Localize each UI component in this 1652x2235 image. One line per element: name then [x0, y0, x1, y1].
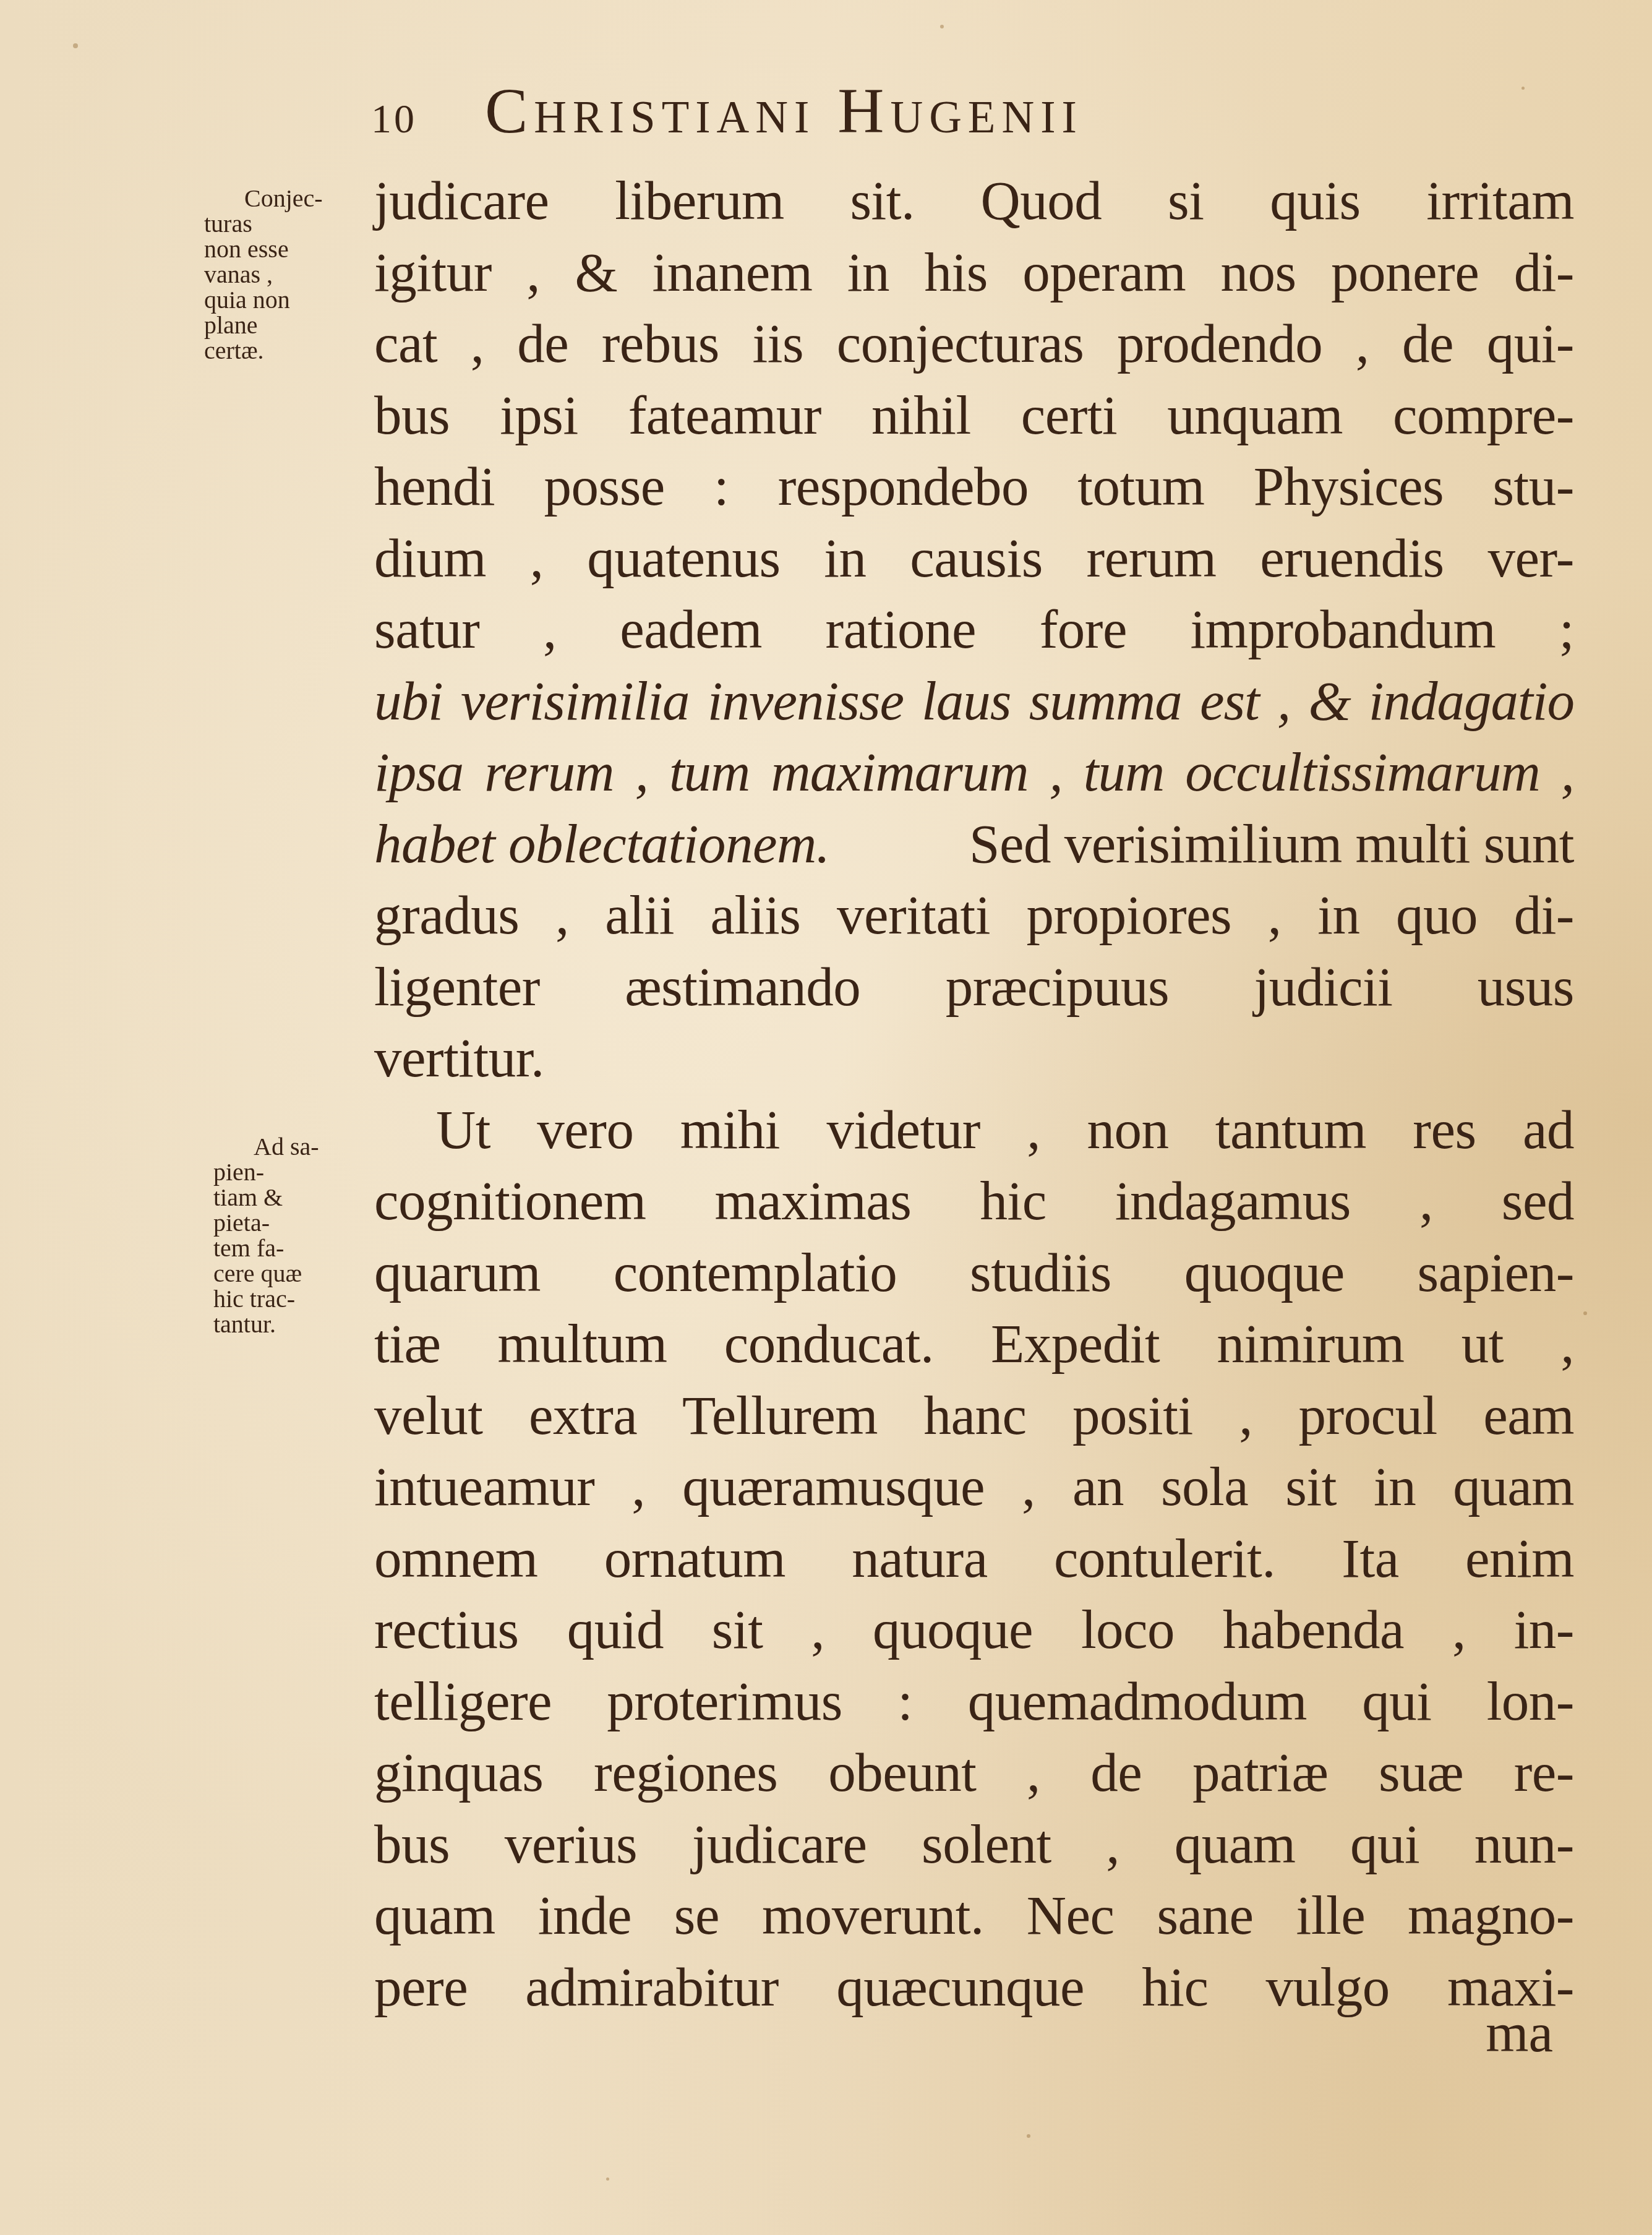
text-line: pere admirabitur quæcunque hic vulgo max…: [374, 1952, 1574, 2024]
catchword: ma: [1486, 1998, 1553, 2069]
italic-phrase: habet oblectationem.: [374, 809, 829, 881]
text-line: dium , quatenus in causis rerum eruendis…: [374, 523, 1574, 595]
paragraph-start-line: Ut vero mihi videtur , non tantum res ad: [374, 1095, 1574, 1167]
marginal-line: tiam &: [213, 1185, 319, 1210]
text-line: ginquas regiones obeunt , de patriæ suæ …: [374, 1738, 1574, 1809]
text-line: vertitur.: [374, 1023, 1574, 1095]
marginal-line: plane: [204, 312, 323, 338]
marginal-line: tantur.: [213, 1311, 319, 1337]
marginal-line: hic trac-: [213, 1286, 319, 1311]
page-number: 10: [371, 96, 417, 143]
main-text: judicare liberum sit. Quod si quis irrit…: [374, 166, 1574, 2023]
text-line: bus ipsi fateamur nihil certi unquam com…: [374, 380, 1574, 452]
marginal-line: quia non: [204, 287, 323, 312]
text-line: bus verius judicare solent , quam qui nu…: [374, 1809, 1574, 1881]
text-line-italic: ubi verisimilia invenisse laus summa est…: [374, 666, 1574, 738]
marginal-line: certæ.: [204, 338, 323, 363]
text-line: judicare liberum sit. Quod si quis irrit…: [374, 166, 1574, 238]
text-line: igitur , & inanem in his operam nos pone…: [374, 238, 1574, 309]
text-line: gradus , alii aliis veritati propiores ,…: [374, 880, 1574, 952]
header-title: Christiani Hugenii: [485, 74, 1083, 148]
marginal-line: tem fa-: [213, 1235, 319, 1261]
marginal-line: Conjec-: [204, 186, 323, 211]
text-line: quarum contemplatio studiis quoque sapie…: [374, 1238, 1574, 1310]
marginal-line: cere quæ: [213, 1261, 319, 1286]
text-line: ligenter æstimando præcipuus judicii usu…: [374, 952, 1574, 1024]
marginal-line: pieta-: [213, 1210, 319, 1235]
running-head: 10 Christiani Hugenii: [371, 74, 1083, 155]
text-line: rectius quid sit , quoque loco habenda ,…: [374, 1595, 1574, 1667]
marginal-line: vanas ,: [204, 262, 323, 287]
text-line: quam inde se moverunt. Nec sane ille mag…: [374, 1881, 1574, 1952]
marginal-note-sapientiam: Ad sa- pien- tiam & pieta- tem fa- cere …: [213, 1134, 319, 1337]
text-line: tiæ multum conducat. Expedit nimirum ut …: [374, 1309, 1574, 1381]
marginal-line: turas: [204, 211, 323, 236]
text-line-italic: ipsa rerum , tum maximarum , tum occulti…: [374, 737, 1574, 809]
book-page: 10 Christiani Hugenii Conjec- turas non …: [0, 0, 1652, 2235]
text-line: velut extra Tellurem hanc positi , procu…: [374, 1381, 1574, 1452]
marginal-note-conjecturas: Conjec- turas non esse vanas , quia non …: [204, 186, 323, 363]
marginal-line: Ad sa-: [213, 1134, 319, 1159]
roman-phrase: Sed verisimilium multi sunt: [969, 809, 1574, 881]
text-line: cat , de rebus iis conjecturas prodendo …: [374, 309, 1574, 380]
text-line: telligere proterimus : quemadmodum qui l…: [374, 1667, 1574, 1738]
marginal-line: non esse: [204, 236, 323, 262]
text-line: intueamur , quæramusque , an sola sit in…: [374, 1452, 1574, 1524]
text-line: omnem ornatum natura contulerit. Ita eni…: [374, 1524, 1574, 1595]
text-line: satur , eadem ratione fore improbandum ;: [374, 594, 1574, 666]
text-line-mixed: habet oblectationem. Sed verisimilium mu…: [374, 809, 1574, 881]
text-line: hendi posse : respondebo totum Physices …: [374, 452, 1574, 523]
marginal-line: pien-: [213, 1159, 319, 1185]
text-line: cognitionem maximas hic indagamus , sed: [374, 1166, 1574, 1238]
